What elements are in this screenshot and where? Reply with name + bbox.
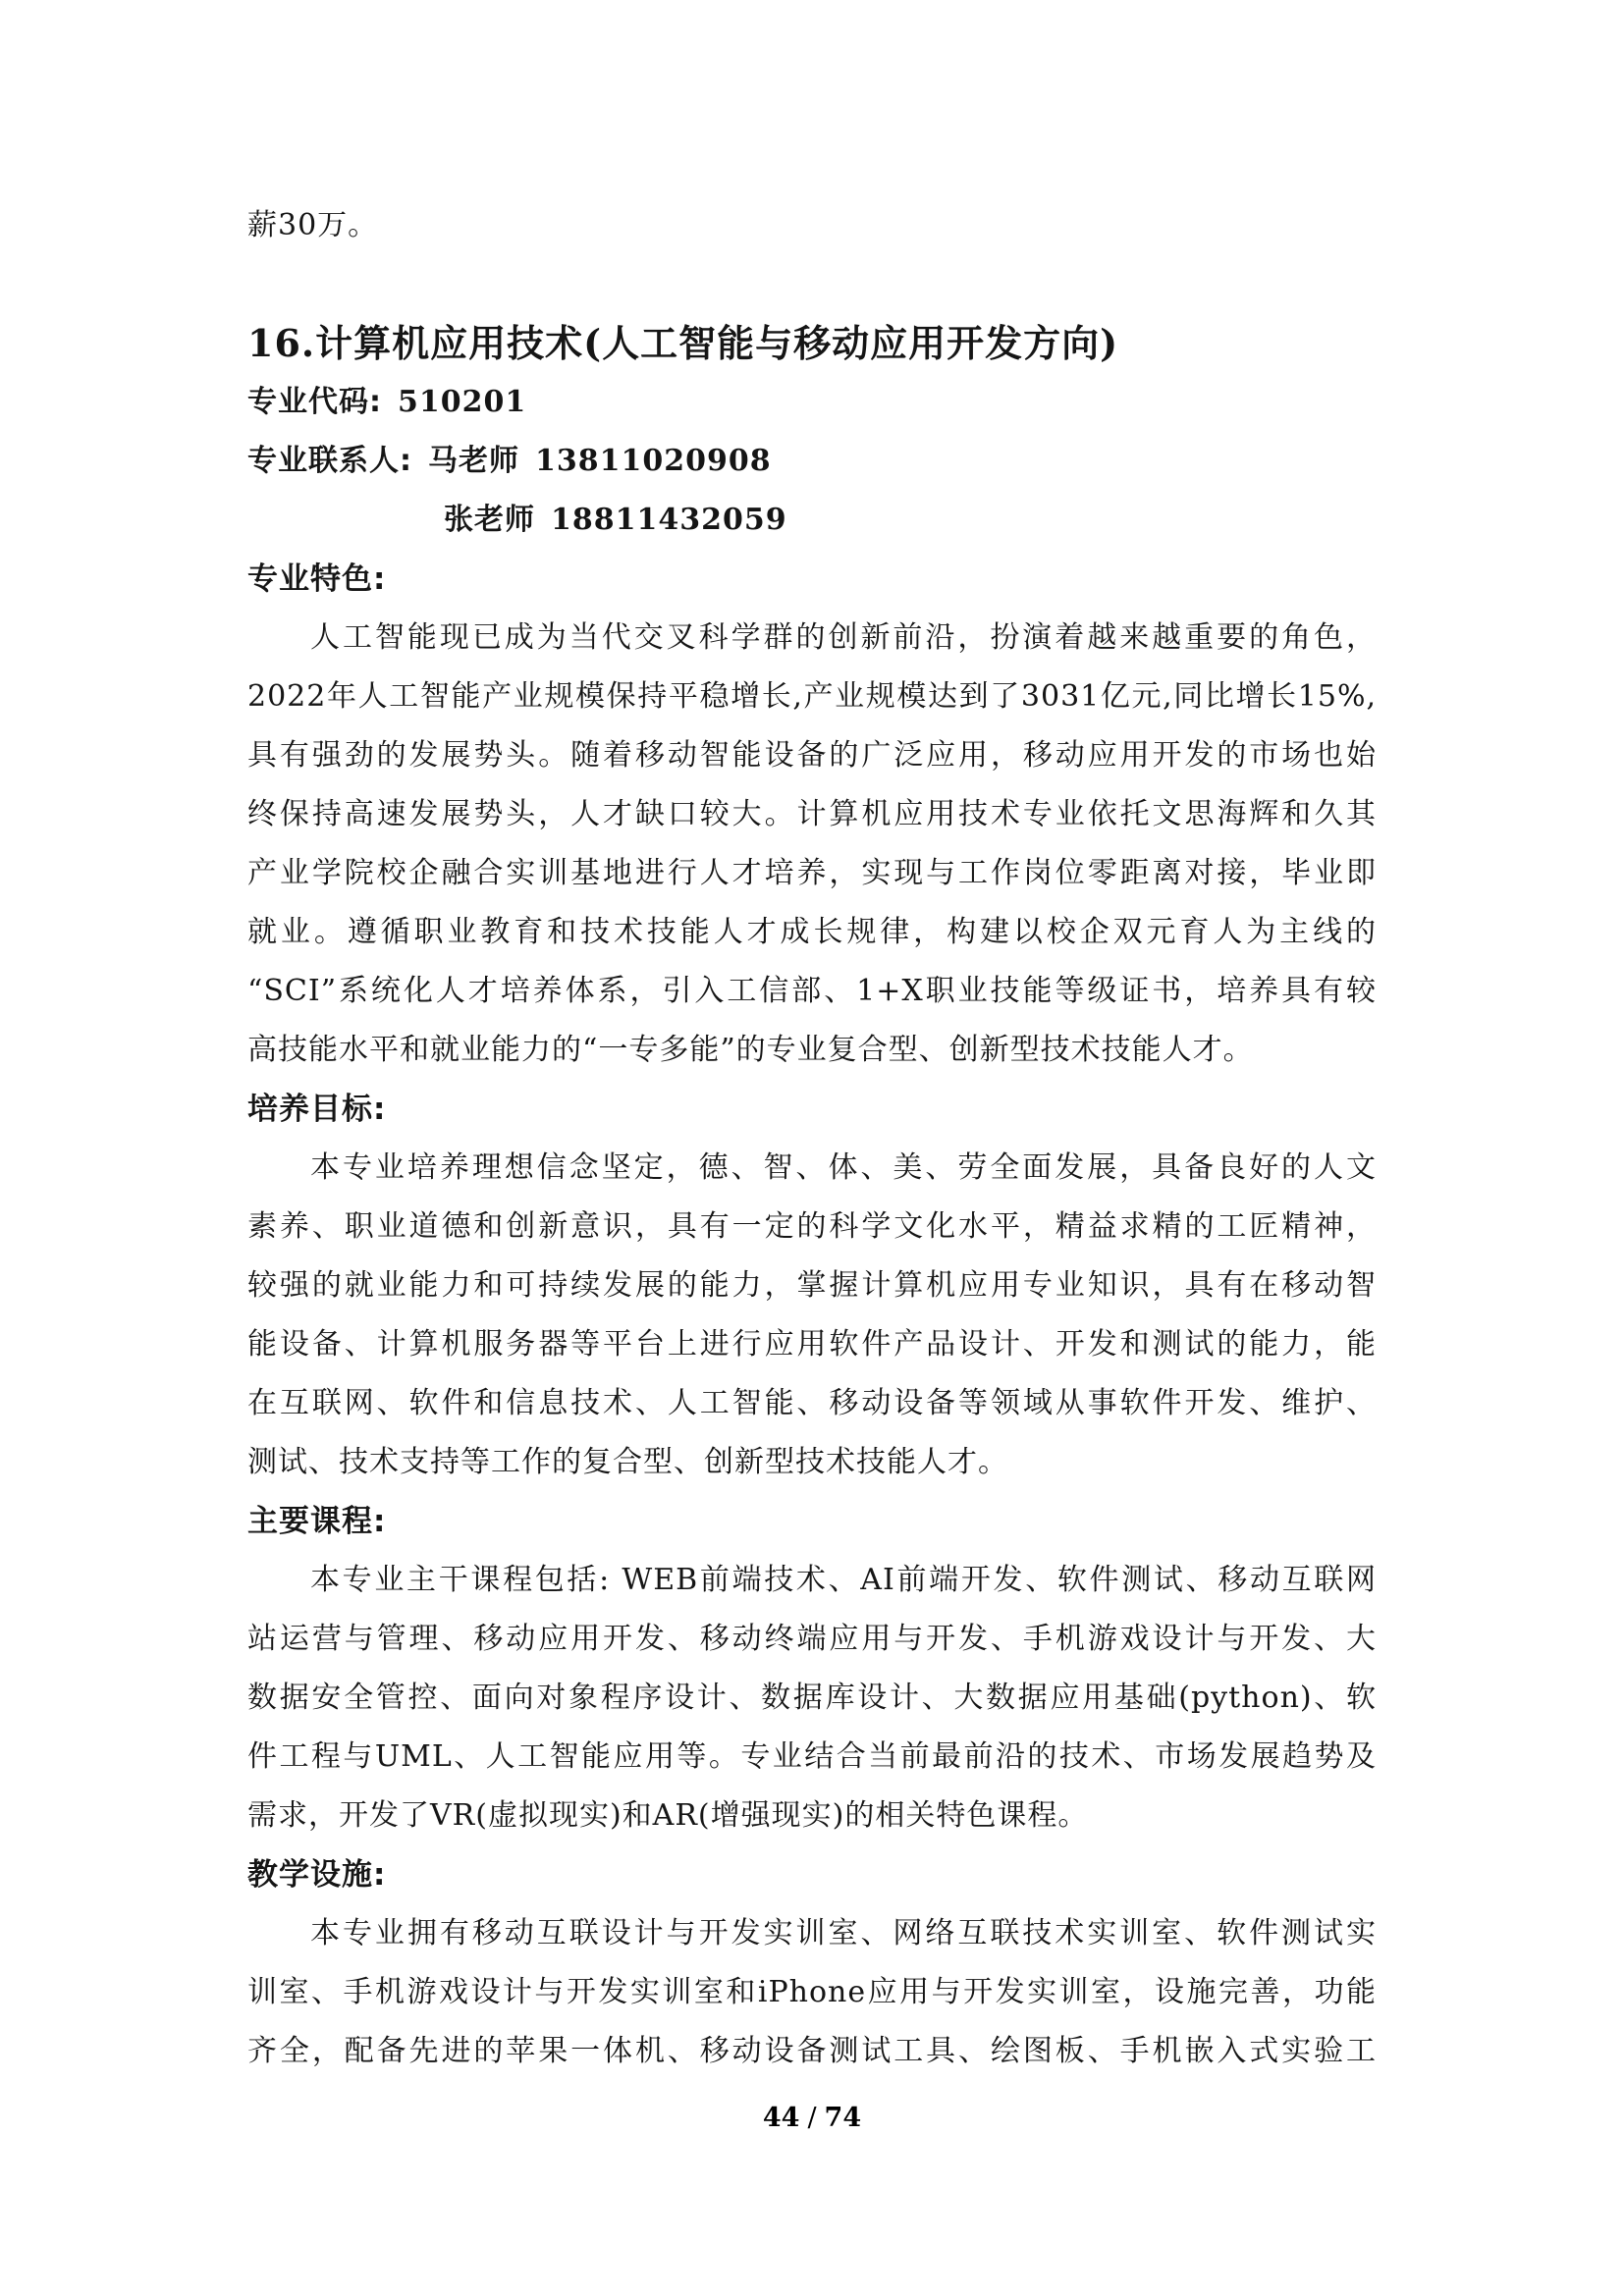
contact-line-2: 张老师18811432059 — [247, 491, 1377, 550]
page-number-total: 74 — [825, 2103, 862, 2133]
contact-2-name: 张老师 — [444, 503, 535, 537]
paragraph-line: 具有强劲的发展势头。随着移动智能设备的广泛应用，移动应用开发的市场也始 — [247, 726, 1377, 785]
contact-1-phone: 13811020908 — [535, 444, 772, 478]
document-page: 薪30万。 16.计算机应用技术(人工智能与移动应用开发方向) 专业代码:510… — [0, 0, 1624, 2296]
major-code-line: 专业代码:510201 — [247, 373, 1377, 432]
contact-label: 专业联系人: — [247, 444, 412, 478]
section-title-3: 主要课程: — [247, 1492, 1377, 1551]
paragraph-line: 齐全，配备先进的苹果一体机、移动设备测试工具、绘图板、手机嵌入式实验工 — [247, 2022, 1377, 2081]
page-number-separator: / — [799, 2103, 824, 2133]
paragraph-line: 高技能水平和就业能力的“一专多能”的专业复合型、创新型技术技能人才。 — [247, 1021, 1377, 1080]
paragraph-line: 在互联网、软件和信息技术、人工智能、移动设备等领域从事软件开发、维护、 — [247, 1374, 1377, 1433]
paragraph-line: 产业学院校企融合实训基地进行人才培养，实现与工作岗位零距离对接，毕业即 — [247, 844, 1377, 903]
page-content: 薪30万。 16.计算机应用技术(人工智能与移动应用开发方向) 专业代码:510… — [247, 196, 1377, 2081]
paragraph-line: 训室、手机游戏设计与开发实训室和iPhone应用与开发实训室，设施完善，功能 — [247, 1963, 1377, 2022]
contact-1-name: 马老师 — [428, 444, 519, 478]
major-code-label: 专业代码: — [247, 385, 382, 419]
section-title-1: 专业特色: — [247, 550, 1377, 609]
paragraph-line: 本专业拥有移动互联设计与开发实训室、网络互联技术实训室、软件测试实 — [247, 1904, 1377, 1963]
paragraph-line: “SCI”系统化人才培养体系，引入工信部、1+X职业技能等级证书，培养具有较 — [247, 962, 1377, 1021]
section-title-2: 培养目标: — [247, 1080, 1377, 1139]
section-title-4: 教学设施: — [247, 1845, 1377, 1904]
page-number: 44/74 — [247, 2097, 1377, 2140]
paragraph-line: 就业。遵循职业教育和技术技能人才成长规律，构建以校企双元育人为主线的 — [247, 903, 1377, 962]
contact-2-phone: 18811432059 — [551, 503, 787, 537]
paragraph-line: 素养、职业道德和创新意识，具有一定的科学文化水平，精益求精的工匠精神， — [247, 1198, 1377, 1256]
contact-line-1: 专业联系人:马老师13811020908 — [247, 432, 1377, 491]
paragraph-line: 站运营与管理、移动应用开发、移动终端应用与开发、手机游戏设计与开发、大 — [247, 1610, 1377, 1669]
sections-container: 专业特色:人工智能现已成为当代交叉科学群的创新前沿，扮演着越来越重要的角色，20… — [247, 550, 1377, 2081]
paragraph-line: 2022年人工智能产业规模保持平稳增长,产业规模达到了3031亿元,同比增长15… — [247, 667, 1377, 726]
paragraph-line: 件工程与UML、人工智能应用等。专业结合当前最前沿的技术、市场发展趋势及 — [247, 1728, 1377, 1787]
page-number-current: 44 — [763, 2103, 800, 2133]
paragraph-line: 人工智能现已成为当代交叉科学群的创新前沿，扮演着越来越重要的角色， — [247, 609, 1377, 667]
paragraph-line: 终保持高速发展势头，人才缺口较大。计算机应用技术专业依托文思海辉和久其 — [247, 785, 1377, 844]
blank-line — [247, 255, 1377, 314]
paragraph-line: 本专业主干课程包括: WEB前端技术、AI前端开发、软件测试、移动互联网 — [247, 1551, 1377, 1610]
intro-continuation-line: 薪30万。 — [247, 196, 1377, 255]
section-16-heading: 16.计算机应用技术(人工智能与移动应用开发方向) — [247, 314, 1377, 373]
major-code-value: 510201 — [398, 385, 526, 419]
paragraph-line: 能设备、计算机服务器等平台上进行应用软件产品设计、开发和测试的能力，能 — [247, 1315, 1377, 1374]
paragraph-line: 测试、技术支持等工作的复合型、创新型技术技能人才。 — [247, 1433, 1377, 1492]
paragraph-line: 需求，开发了VR(虚拟现实)和AR(增强现实)的相关特色课程。 — [247, 1787, 1377, 1845]
paragraph-line: 数据安全管控、面向对象程序设计、数据库设计、大数据应用基础(python)、软 — [247, 1669, 1377, 1728]
paragraph-line: 本专业培养理想信念坚定，德、智、体、美、劳全面发展，具备良好的人文 — [247, 1139, 1377, 1198]
paragraph-line: 较强的就业能力和可持续发展的能力，掌握计算机应用专业知识，具有在移动智 — [247, 1256, 1377, 1315]
